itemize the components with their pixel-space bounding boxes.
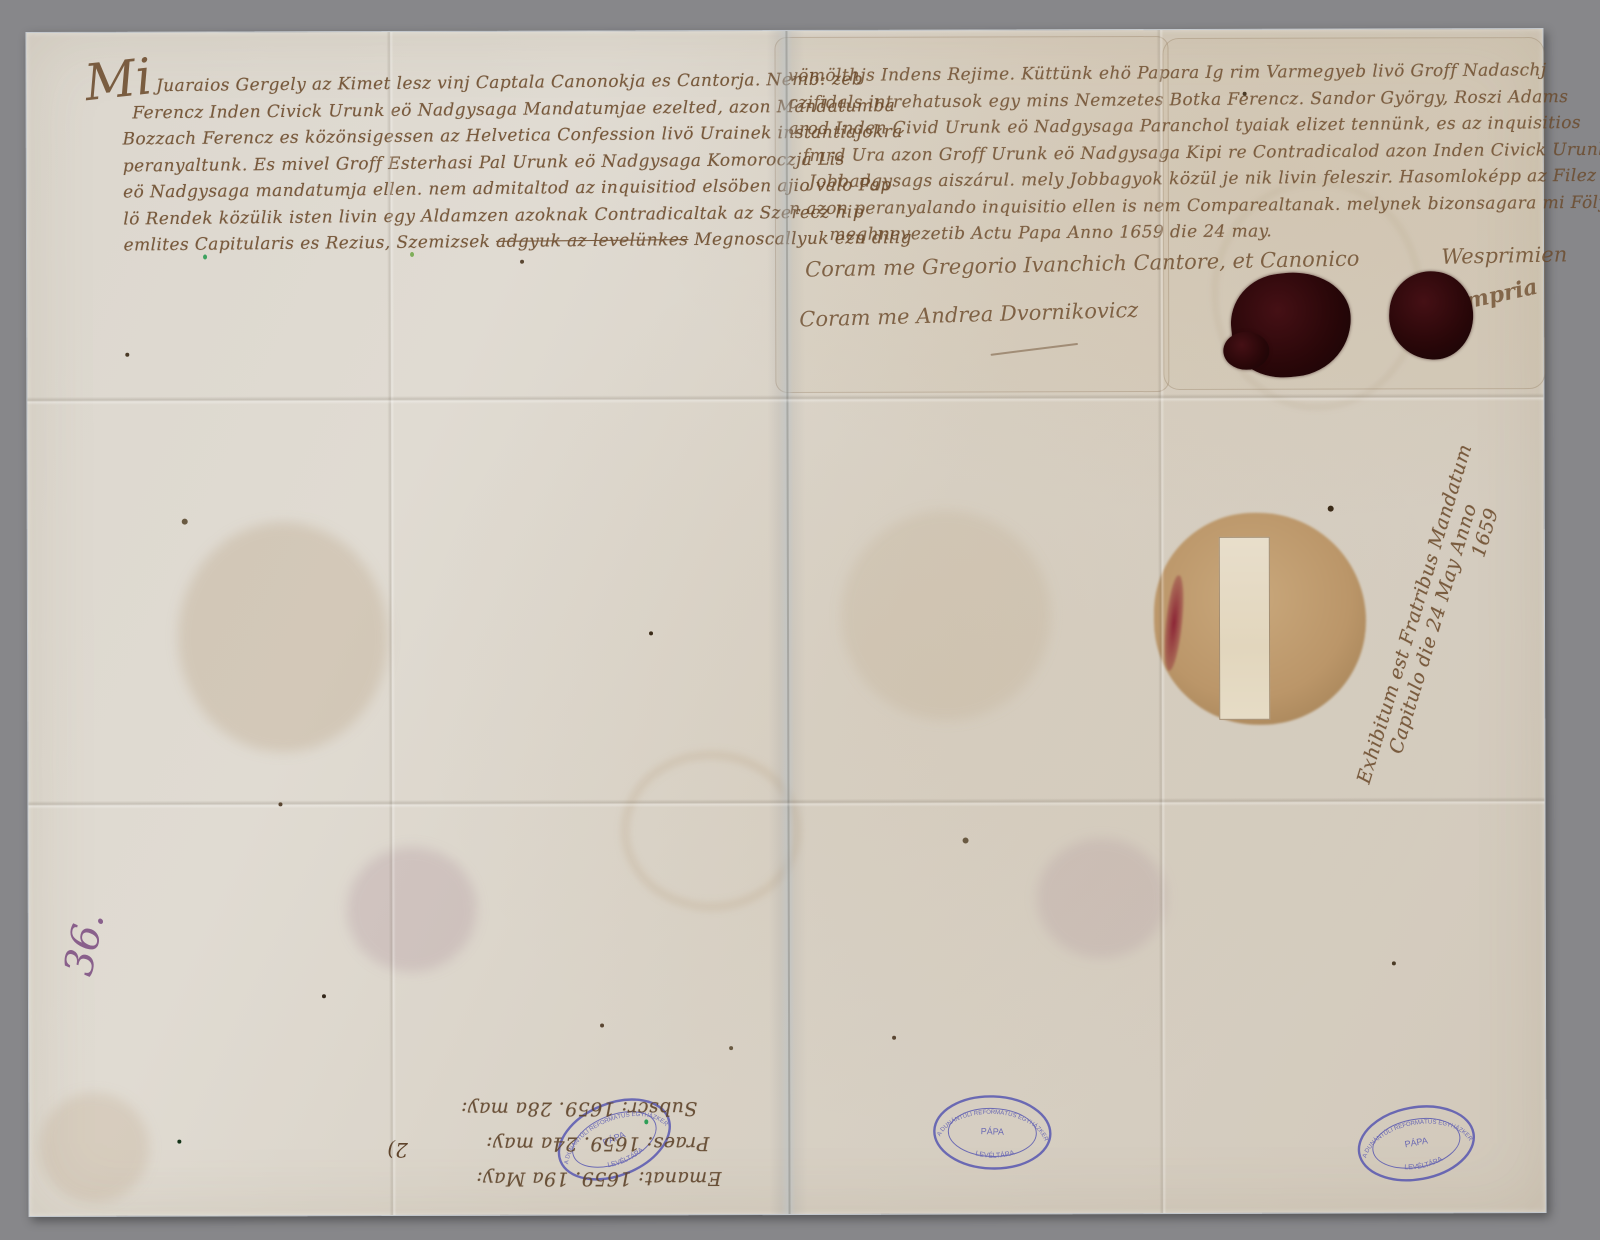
stain-bottom-left-corner [39, 1093, 149, 1203]
archive-stamp-right: A DUNÁNTÚLI REFORMÁTUS EGYHÁZKERÜLET LEV… [1333, 1079, 1499, 1208]
stamp-bottom-text: LEVÉLTÁRA [975, 1148, 1016, 1160]
stain-purple-right [1037, 838, 1167, 958]
stamp-center-text: PÁPA [1404, 1135, 1429, 1149]
scanned-image-canvas: Mi Juaraios Gergely az Kimet lesz vinj C… [0, 0, 1600, 1240]
main-text-right-block: vömölthjs Indens Rejime. Küttünk ehö Pap… [788, 57, 1600, 249]
archival-date-notes: Emanat: 1659. 19a May: Praes: 1659. 24a … [385, 1077, 721, 1196]
text-fragment: emlites Capitularis es Rezius, Szemizsek [123, 232, 496, 256]
archive-stamp-middle: A DUNÁNTÚLI REFORMÁTUS EGYHÁZKERÜLET LEV… [916, 1078, 1069, 1187]
attestation-place: Wesprimien [1441, 242, 1567, 269]
svg-text:LEVÉLTÁRA: LEVÉLTÁRA [975, 1148, 1016, 1160]
manuscript-document: Mi Juaraios Gergely az Kimet lesz vinj C… [25, 28, 1546, 1217]
wax-seal-left-lobe [1223, 332, 1269, 370]
stamp-center-text: PÁPA [981, 1126, 1005, 1137]
stain-right-center [841, 510, 1052, 721]
green-fiber-specks [26, 33, 30, 38]
stain-purple-left [347, 847, 477, 972]
struck-text: adgyuk az levelünkes [496, 230, 688, 252]
margin-endorsement: Exhibitum est Fratribus Mandatum Capitul… [1353, 397, 1553, 805]
stain-left-center [178, 522, 389, 753]
note-line: Subscr: 1659. 28a may: [385, 1090, 721, 1126]
note-line: Emanat: 1659. 19a May: [385, 1160, 721, 1196]
endorsement-line: Capitulo die 24 May Anno [1374, 403, 1511, 792]
stamp-bottom-text: LEVÉLTÁRA [1403, 1155, 1445, 1173]
svg-text:LEVÉLTÁRA: LEVÉLTÁRA [1403, 1155, 1445, 1173]
archive-number: 36. [56, 908, 114, 980]
paper-repair-strip [1219, 537, 1270, 720]
note-line: Praes: 1659. 24a may: [385, 1125, 721, 1161]
